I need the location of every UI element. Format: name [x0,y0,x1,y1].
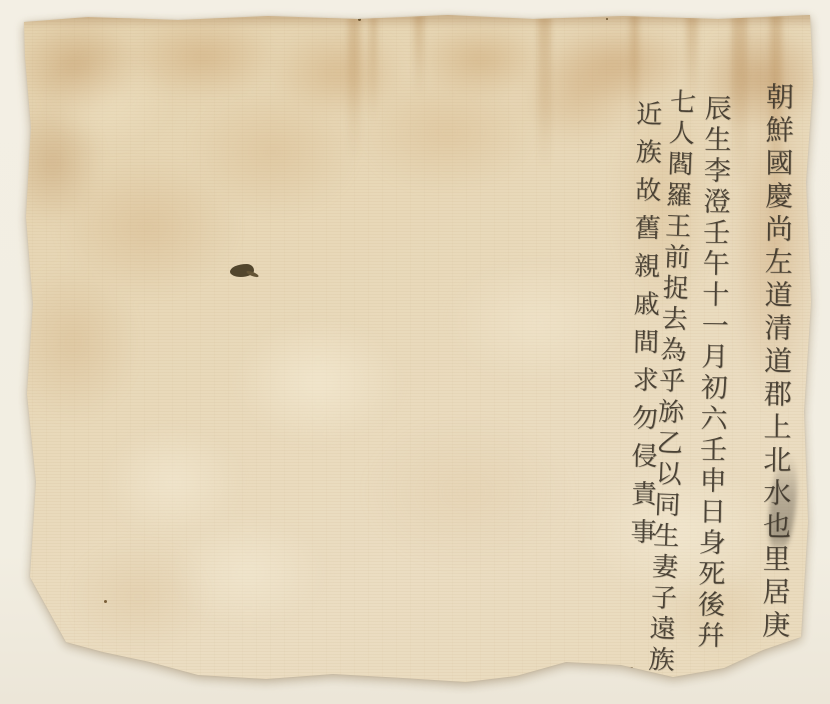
paper-speck [358,18,361,21]
text-column-1: 朝鮮國慶尚左道清道郡上北水也里居庚 [754,82,798,643]
top-edge-stain-rim [18,12,814,28]
paper-shadow-wrapper: 朝鮮國慶尚左道清道郡上北水也里居庚 辰生李澄壬午十一月初六壬申日身死後幷 七人閻… [18,12,814,690]
photo-mount-background: 朝鮮國慶尚左道清道郡上北水也里居庚 辰生李澄壬午十一月初六壬申日身死後幷 七人閻… [0,0,830,704]
text-column-4: 近族故舊親戚間求勿侵責事 [623,100,666,556]
paper-speck [104,600,107,603]
ink-blot [230,264,254,277]
manuscript-paper-sheet: 朝鮮國慶尚左道清道郡上北水也里居庚 辰生李澄壬午十一月初六壬申日身死後幷 七人閻… [18,12,814,690]
paper-speck [606,18,608,20]
paper-speck [630,667,633,669]
